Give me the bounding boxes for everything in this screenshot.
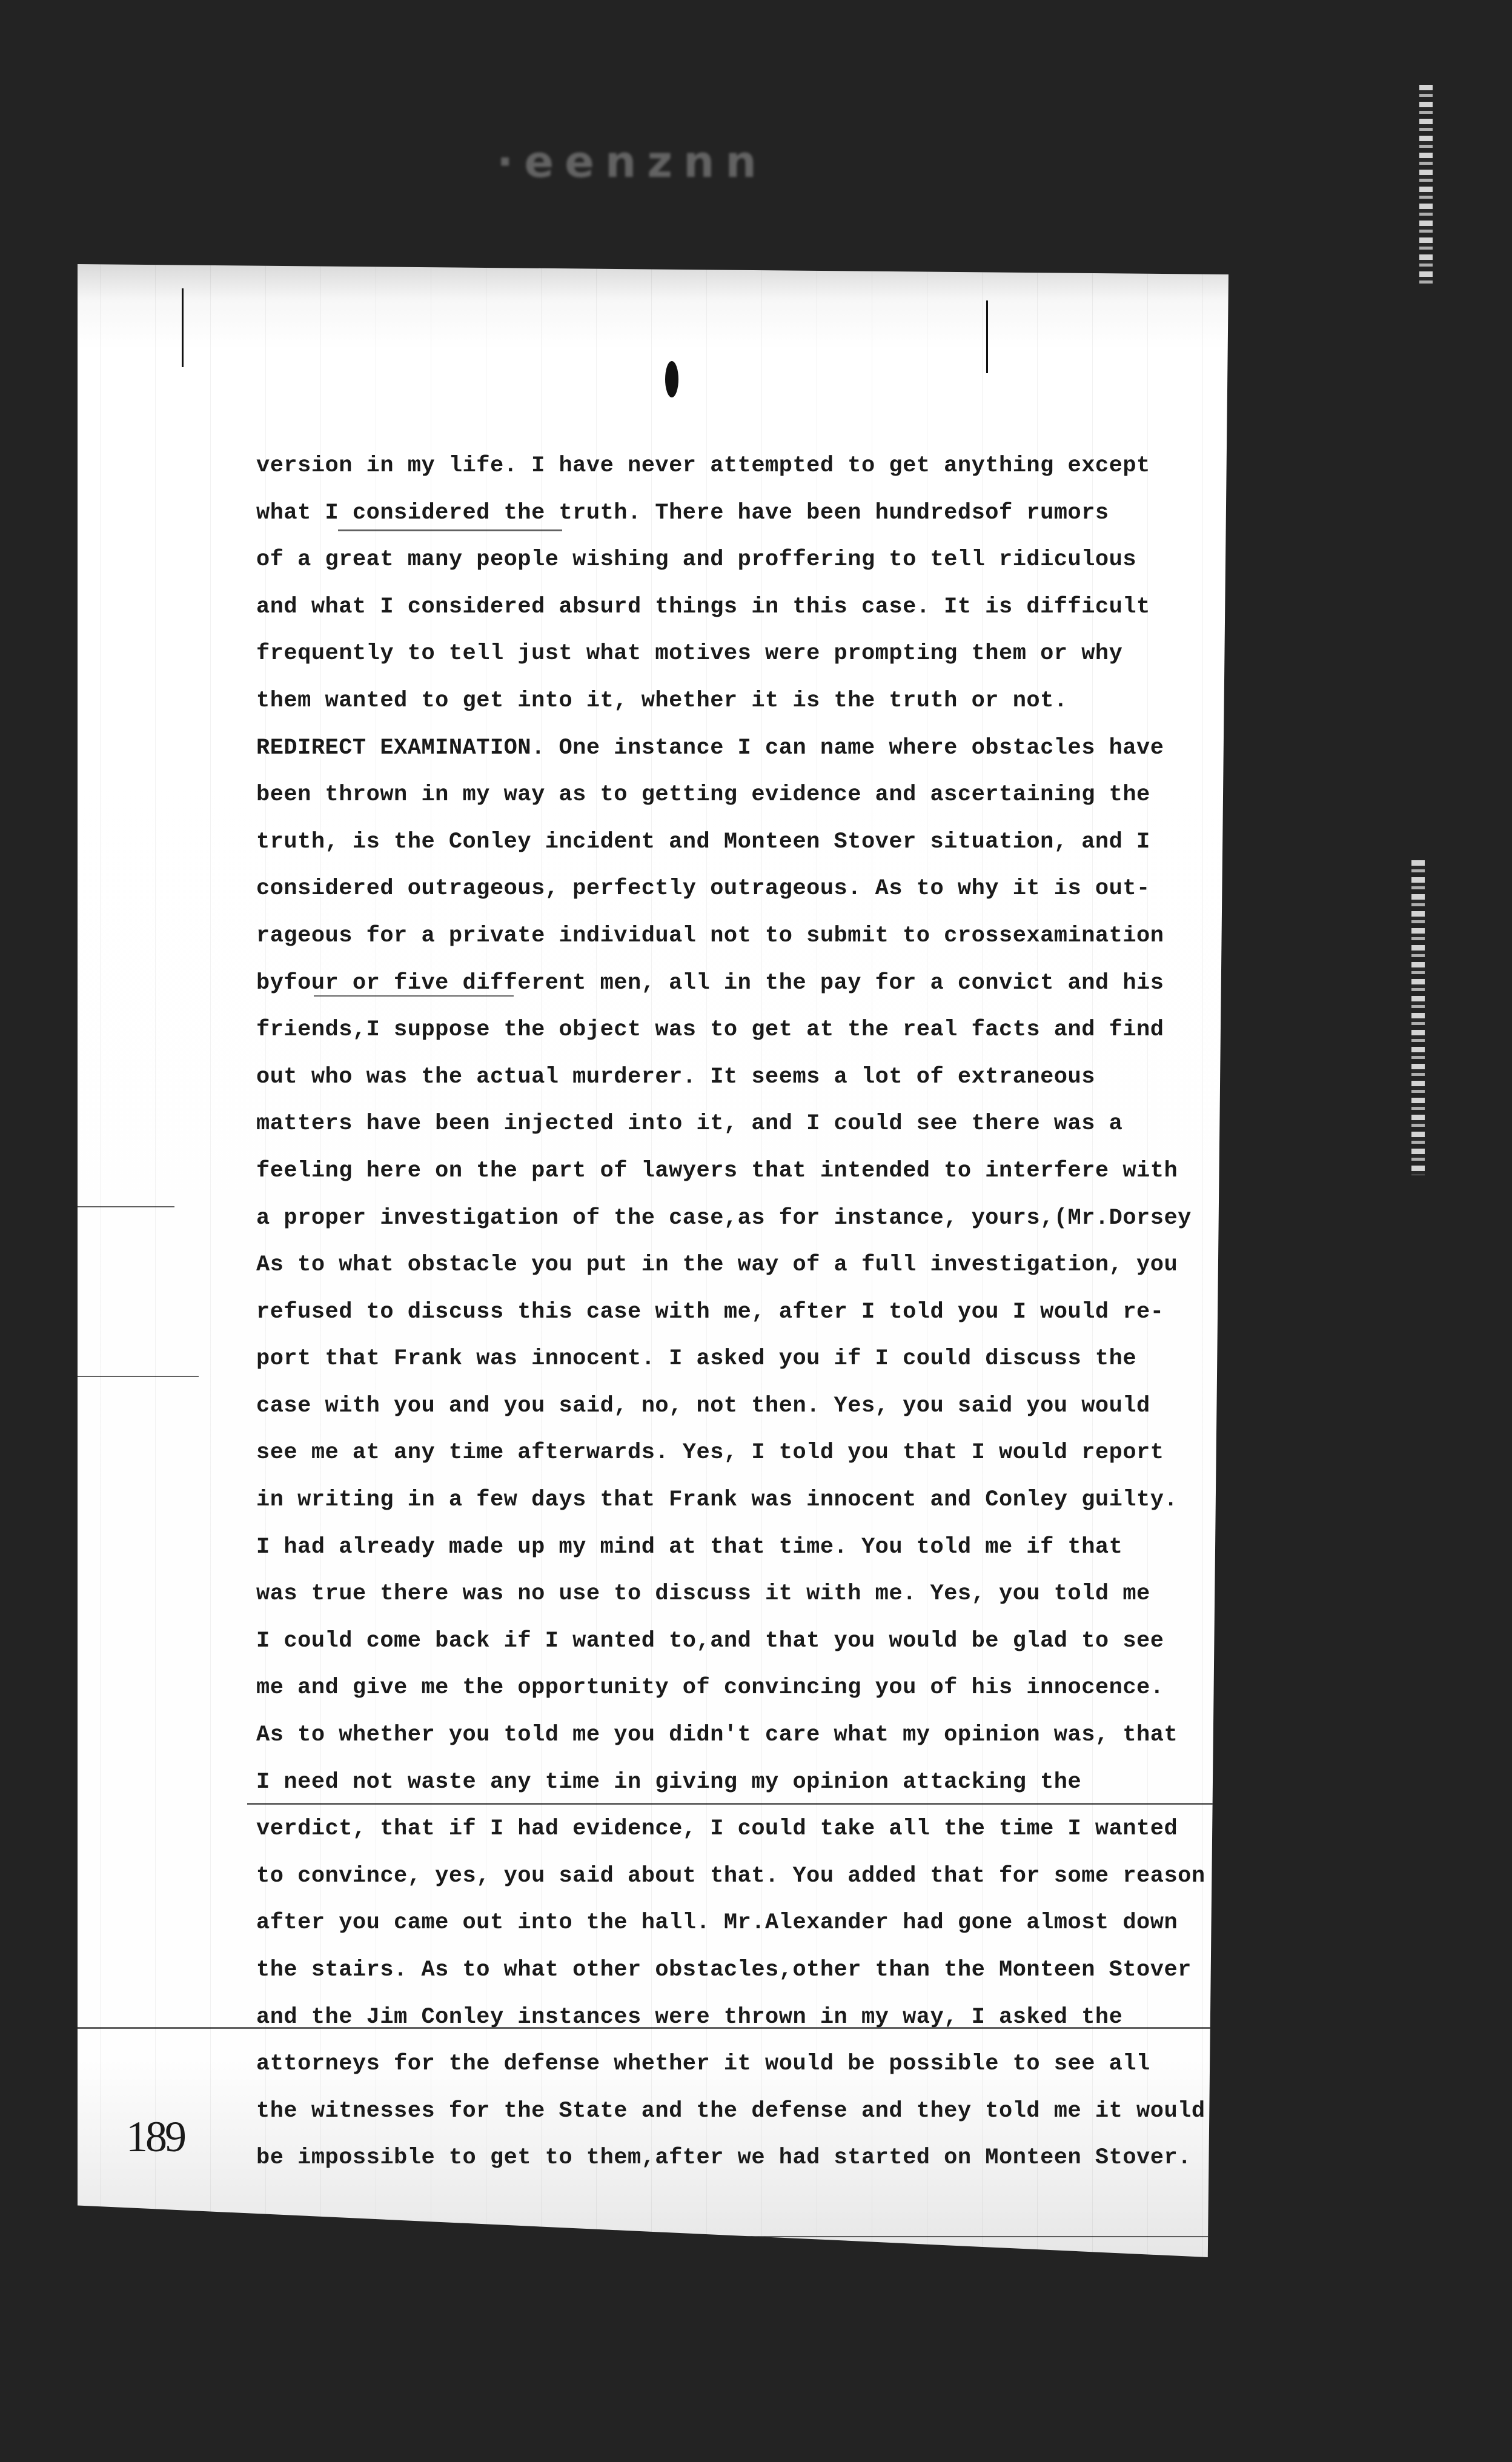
- text-line: to convince, yes, you said about that. Y…: [256, 1853, 1201, 1900]
- text-line: out who was the actual murderer. It seem…: [256, 1054, 1201, 1101]
- text-line: frequently to tell just what motives wer…: [256, 631, 1201, 678]
- film-edge-marks-middle: [1411, 860, 1425, 1175]
- text-line: verdict, that if I had evidence, I could…: [256, 1806, 1201, 1853]
- text-line: the witnesses for the State and the defe…: [256, 2088, 1201, 2135]
- text-line: version in my life. I have never attempt…: [256, 443, 1201, 490]
- page-number: 189: [126, 2112, 184, 2162]
- text-line: I could come back if I wanted to,and tha…: [256, 1618, 1201, 1665]
- text-line: port that Frank was innocent. I asked yo…: [256, 1336, 1201, 1383]
- text-line: be impossible to get to them,after we ha…: [256, 2135, 1201, 2182]
- text-line: of a great many people wishing and proff…: [256, 537, 1201, 584]
- text-line: was true there was no use to discuss it …: [256, 1571, 1201, 1618]
- text-line: As to whether you told me you didn't car…: [256, 1712, 1201, 1759]
- scan-line: [78, 1206, 174, 1207]
- text-line: considered outrageous, perfectly outrage…: [256, 866, 1201, 913]
- film-edge-marks-top: [1419, 85, 1433, 285]
- text-line: attorneys for the defense whether it wou…: [256, 2041, 1201, 2088]
- scan-artifact: [665, 361, 678, 397]
- text-line: feeling here on the part of lawyers that…: [256, 1148, 1201, 1195]
- microfilm-header-stamp: ·eenznn: [497, 136, 768, 187]
- text-line: them wanted to get into it, whether it i…: [256, 678, 1201, 725]
- text-line: after you came out into the hall. Mr.Ale…: [256, 1900, 1201, 1947]
- text-line: been thrown in my way as to getting evid…: [256, 772, 1201, 819]
- text-line: friends,I suppose the object was to get …: [256, 1007, 1201, 1054]
- transcript-body: version in my life. I have never attempt…: [256, 443, 1201, 2182]
- text-line: refused to discuss this case with me, af…: [256, 1289, 1201, 1336]
- text-line: matters have been injected into it, and …: [256, 1101, 1201, 1148]
- text-line: case with you and you said, no, not then…: [256, 1383, 1201, 1430]
- scan-line: [78, 2236, 1228, 2237]
- text-line: rageous for a private individual not to …: [256, 913, 1201, 960]
- text-line: byfour or five different men, all in the…: [256, 960, 1201, 1007]
- text-line: I had already made up my mind at that ti…: [256, 1524, 1201, 1571]
- document-page: version in my life. I have never attempt…: [78, 264, 1228, 2257]
- text-line: a proper investigation of the case,as fo…: [256, 1195, 1201, 1243]
- scan-artifact: [986, 300, 988, 373]
- scan-artifact: [182, 288, 184, 367]
- scan-line: [78, 1376, 199, 1377]
- text-line: truth, is the Conley incident and Montee…: [256, 819, 1201, 866]
- text-line: see me at any time afterwards. Yes, I to…: [256, 1430, 1201, 1477]
- text-line: As to what obstacle you put in the way o…: [256, 1242, 1201, 1289]
- section-heading-line: REDIRECT EXAMINATION. One instance I can…: [256, 725, 1201, 772]
- text-line: I need not waste any time in giving my o…: [256, 1759, 1201, 1807]
- text-line: and what I considered absurd things in t…: [256, 584, 1201, 631]
- text-line: in writing in a few days that Frank was …: [256, 1477, 1201, 1524]
- text-line: and the Jim Conley instances were thrown…: [256, 1994, 1201, 2042]
- text-line: what I considered the truth. There have …: [256, 490, 1201, 537]
- text-line: the stairs. As to what other obstacles,o…: [256, 1947, 1201, 1994]
- text-line: me and give me the opportunity of convin…: [256, 1665, 1201, 1712]
